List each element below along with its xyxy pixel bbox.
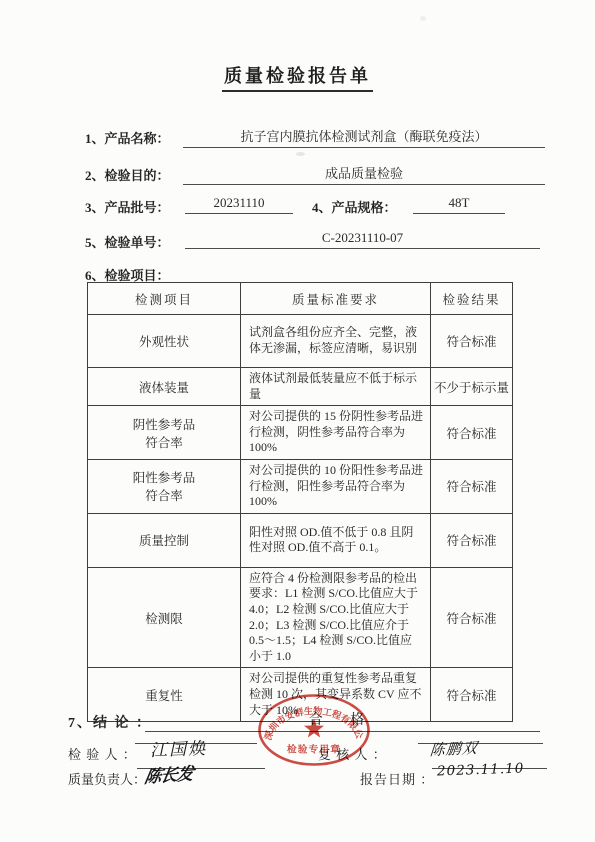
inspector-signature: 江国焕: [150, 734, 208, 761]
result-cell: 符合标准: [431, 315, 513, 368]
standard-cell: 阳性对照 OD.值不低于 0.8 且阴性对照 OD.值不高于 0.1。: [241, 513, 431, 567]
product-name-value: 抗子宫内膜抗体检测试剂盒（酶联免疫法）: [183, 126, 545, 148]
report-date-label: 报告日期 ：: [360, 769, 434, 788]
batch-label: 3、产品批号：: [85, 197, 170, 216]
report-date-value: 2023.11.10: [437, 760, 525, 779]
standard-cell: 对公司提供的 10 份阳性参考品进行检测，阳性参考品符合率为 100%: [241, 459, 431, 513]
seal-caption: 检验专用章: [287, 744, 341, 756]
result-cell: 符合标准: [431, 513, 513, 567]
table-header-row: 检测项目 质量标准要求 检验结果: [88, 283, 513, 315]
scan-smudge: [296, 152, 305, 156]
table-row: 外观性状 试剂盒各组份应齐全、完整，液体无渗漏，标签应清晰，易识别 符合标准: [88, 315, 513, 368]
reviewer-signature: 陈鹏双: [429, 737, 479, 761]
company-seal: 深圳市安群生物工程有限公司 检验专用章: [256, 694, 372, 766]
standard-cell: 应符合 4 份检测限参考品的检出要求：L1 检测 S/CO.比值应大于 4.0；…: [241, 567, 431, 668]
table-row: 阳性参考品 符合率 对公司提供的 10 份阳性参考品进行检测，阳性参考品符合率为…: [88, 459, 513, 513]
table-row: 检测限 应符合 4 份检测限参考品的检出要求：L1 检测 S/CO.比值应大于 …: [88, 567, 513, 668]
table-row: 液体装量 液体试剂最低装量应不低于标示量 不少于标示量: [88, 368, 513, 406]
report-page: 质量检验报告单 1、产品名称： 抗子宫内膜抗体检测试剂盒（酶联免疫法） 2、检验…: [0, 0, 595, 842]
item-cell: 外观性状: [88, 315, 241, 368]
scan-smudge: [420, 16, 426, 21]
inspection-table: 检测项目 质量标准要求 检验结果 外观性状 试剂盒各组份应齐全、完整，液体无渗漏…: [87, 282, 513, 722]
order-no-label: 5、检验单号：: [85, 232, 170, 251]
spec-label: 4、产品规格：: [312, 197, 397, 216]
col-header-item: 检测项目: [88, 283, 241, 315]
spec-value: 48T: [413, 195, 505, 214]
standard-cell: 液体试剂最低装量应不低于标示量: [241, 368, 431, 406]
item-cell: 检测限: [88, 567, 241, 668]
table-row: 质量控制 阳性对照 OD.值不低于 0.8 且阴性对照 OD.值不高于 0.1。…: [88, 513, 513, 567]
inspector-label: 检 验 人 ：: [68, 744, 137, 763]
batch-value: 20231110: [185, 195, 293, 214]
standard-cell: 试剂盒各组份应齐全、完整，液体无渗漏，标签应清晰，易识别: [241, 315, 431, 368]
col-header-result: 检验结果: [431, 283, 513, 315]
result-cell: 不少于标示量: [431, 368, 513, 406]
quality-manager-signature: 陈长发: [143, 759, 195, 788]
col-header-standard: 质量标准要求: [241, 283, 431, 315]
product-name-label: 1、产品名称：: [85, 128, 170, 147]
seal-star-icon: [304, 719, 324, 738]
item-cell: 阴性参考品 符合率: [88, 406, 241, 460]
item-cell: 质量控制: [88, 513, 241, 567]
item-cell: 液体装量: [88, 368, 241, 406]
result-cell: 符合标准: [431, 567, 513, 668]
quality-manager-label: 质量负责人：: [68, 769, 146, 788]
item-cell: 阳性参考品 符合率: [88, 459, 241, 513]
purpose-label: 2、检验目的：: [85, 165, 170, 184]
table-row: 阴性参考品 符合率 对公司提供的 15 份阴性参考品进行检测，阴性参考品符合率为…: [88, 406, 513, 460]
page-title: 质量检验报告单: [222, 62, 373, 92]
result-cell: 符合标准: [431, 459, 513, 513]
title-row: 质量检验报告单: [0, 62, 595, 92]
result-cell: 符合标准: [431, 406, 513, 460]
order-no-value: C-20231110-07: [185, 230, 540, 249]
standard-cell: 对公司提供的 15 份阴性参考品进行检测，阴性参考品符合率为 100%: [241, 406, 431, 460]
purpose-value: 成品质量检验: [183, 163, 545, 185]
conclusion-label: 7、结 论 ：: [68, 712, 152, 732]
